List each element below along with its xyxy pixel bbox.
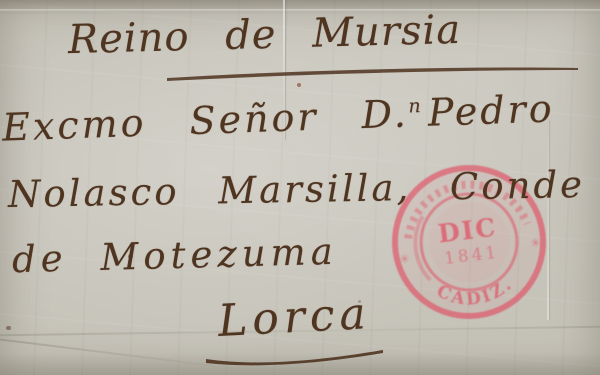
ink-speck [6,326,11,330]
fold-crease [0,336,239,370]
letter-cover: CADIZ. DIC 1841 ✳ ✳ Reino de Mursia Excm… [0,0,600,375]
address-superscript: n [408,95,424,118]
heading-text: Reino de Mursia [67,7,461,63]
destination-text: Lorca [217,288,372,347]
heading-region-line: Reino de Mursia [67,7,461,63]
ink-speck [297,83,301,87]
address-line-1: Excmo Señor D.nPedro [1,86,555,149]
address-first-name: Pedro [427,86,555,134]
ink-speck [358,300,361,303]
address-honorific: Excmo Señor D. [1,91,409,149]
ink-speck [128,254,133,259]
address-line-3: de Motezuma [11,230,338,282]
heading-underline [162,62,584,86]
destination-underline [203,346,391,368]
destination-line: Lorca [217,288,372,347]
postmark-left-ornament: ✳ [399,251,411,266]
address-line-3-text: de Motezuma [11,230,338,282]
postmark-right-ornament: ✳ [530,235,542,250]
